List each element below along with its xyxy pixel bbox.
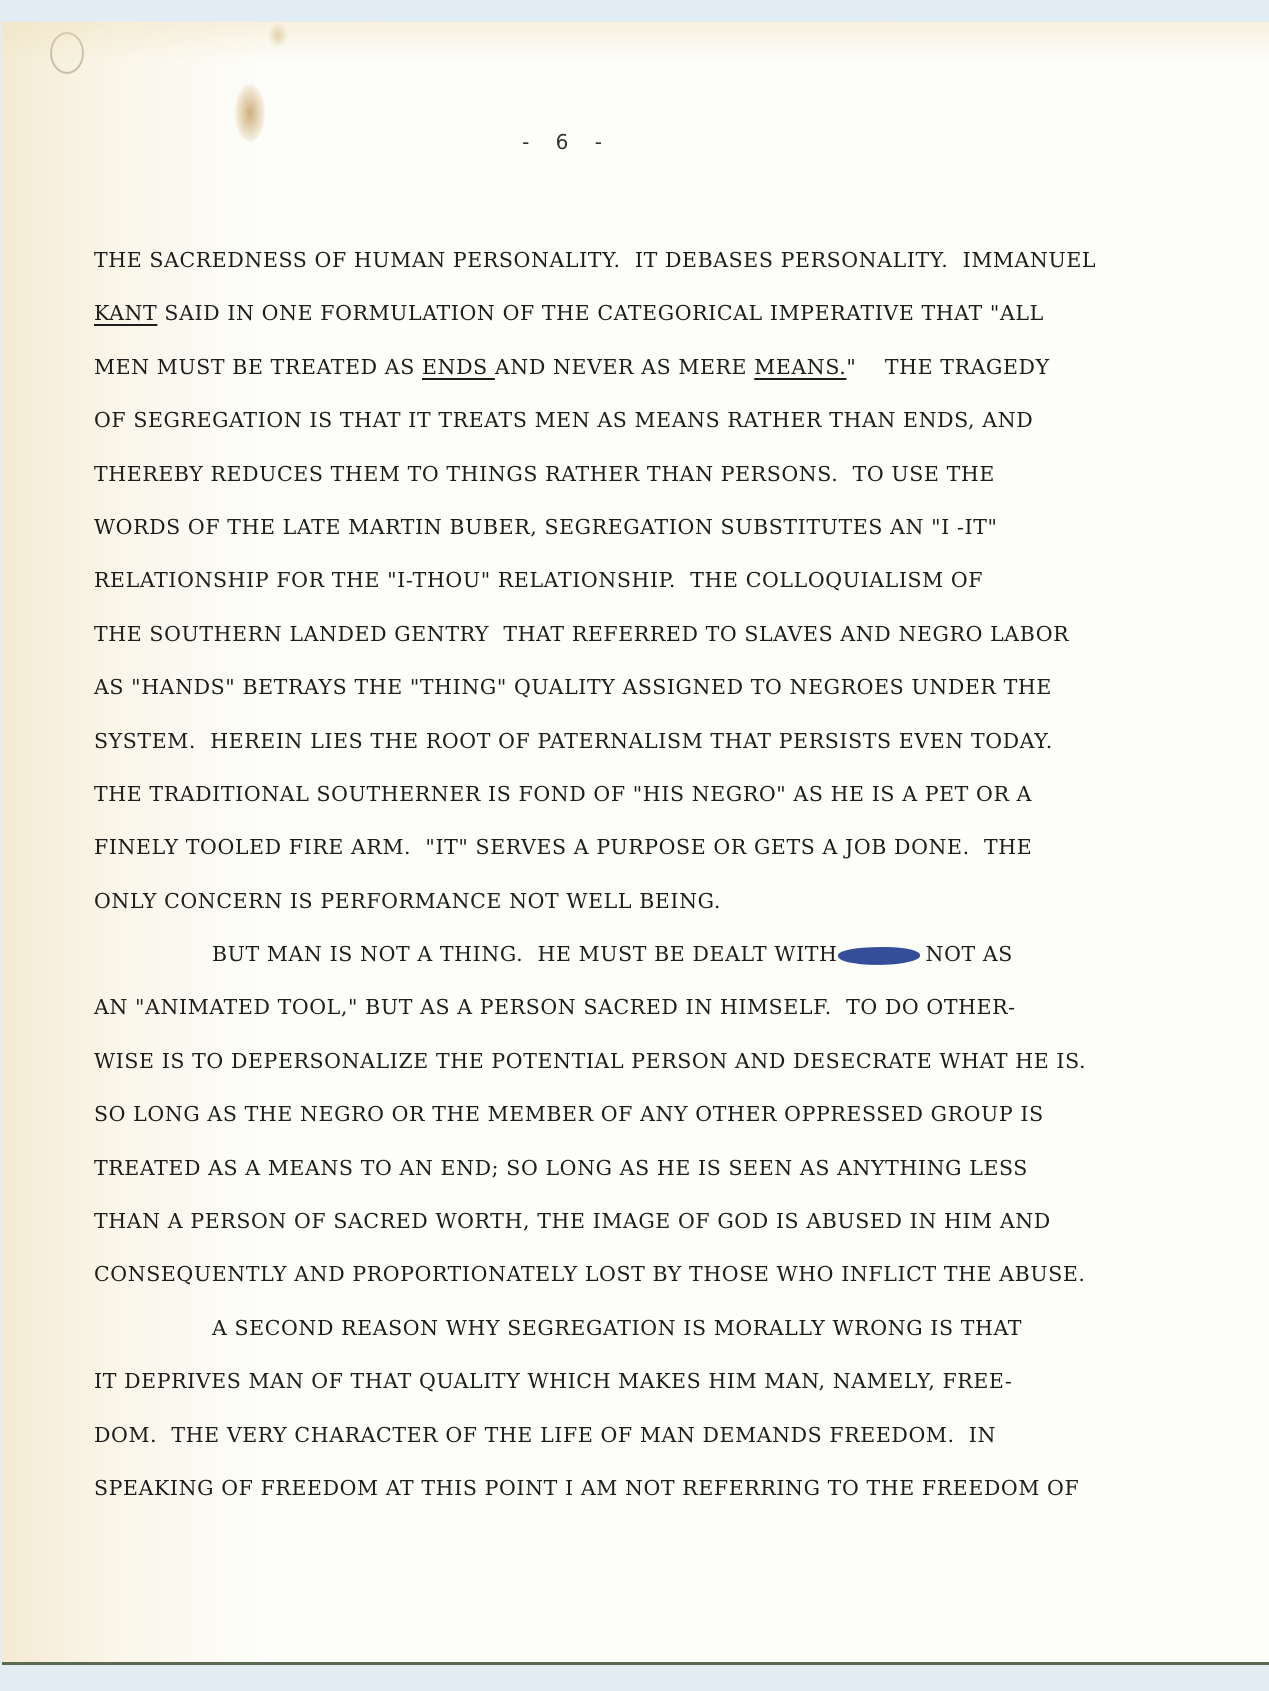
text-line: IT DEPRIVES MAN OF THAT QUALITY WHICH MA… (94, 1355, 1174, 1408)
text-segment: SYSTEM. HEREIN LIES THE ROOT OF PATERNAL… (94, 729, 1053, 753)
text-segment: THAN A PERSON OF SACRED WORTH, THE IMAGE… (94, 1209, 1051, 1233)
text-line: SPEAKING OF FREEDOM AT THIS POINT I AM N… (94, 1462, 1174, 1515)
text-segment: CONSEQUENTLY AND PROPORTIONATELY LOST BY… (94, 1262, 1086, 1286)
text-segment: MEN MUST BE TREATED AS (94, 355, 422, 379)
underlined-text: KANT (94, 301, 157, 325)
page-number: - 6 - (502, 130, 622, 154)
text-segment: RELATIONSHIP FOR THE "I-THOU" RELATIONSH… (94, 568, 983, 592)
text-segment: SO LONG AS THE NEGRO OR THE MEMBER OF AN… (94, 1102, 1044, 1126)
text-line: TREATED AS A MEANS TO AN END; SO LONG AS… (94, 1142, 1174, 1195)
text-line: WORDS OF THE LATE MARTIN BUBER, SEGREGAT… (94, 501, 1174, 554)
text-line: SO LONG AS THE NEGRO OR THE MEMBER OF AN… (94, 1088, 1174, 1141)
underlined-text: MEANS. (754, 355, 846, 379)
text-segment: NOT AS (926, 942, 1013, 966)
text-line: DOM. THE VERY CHARACTER OF THE LIFE OF M… (94, 1409, 1174, 1462)
text-segment: TREATED AS A MEANS TO AN END; SO LONG AS… (94, 1156, 1028, 1180)
text-line: A SECOND REASON WHY SEGREGATION IS MORAL… (94, 1302, 1174, 1355)
text-segment: OF SEGREGATION IS THAT IT TREATS MEN AS … (94, 408, 1033, 432)
text-line: THEREBY REDUCES THEM TO THINGS RATHER TH… (94, 448, 1174, 501)
text-line: BUT MAN IS NOT A THING. HE MUST BE DEALT… (94, 928, 1174, 981)
underlined-text: ENDS (422, 355, 495, 379)
text-segment: FINELY TOOLED FIRE ARM. "IT" SERVES A PU… (94, 835, 1032, 859)
text-segment: WORDS OF THE LATE MARTIN BUBER, SEGREGAT… (94, 515, 998, 539)
text-line: WISE IS TO DEPERSONALIZE THE POTENTIAL P… (94, 1035, 1174, 1088)
text-segment: THE SACREDNESS OF HUMAN PERSONALITY. IT … (94, 248, 1096, 272)
ring-stain (50, 32, 84, 74)
text-line: KANT SAID IN ONE FORMULATION OF THE CATE… (94, 287, 1174, 340)
text-segment: THE TRADITIONAL SOUTHERNER IS FOND OF "H… (94, 782, 1032, 806)
text-segment: WISE IS TO DEPERSONALIZE THE POTENTIAL P… (94, 1049, 1086, 1073)
coffee-stain (235, 84, 265, 142)
text-line: THE TRADITIONAL SOUTHERNER IS FOND OF "H… (94, 768, 1174, 821)
text-segment: BUT MAN IS NOT A THING. HE MUST BE DEALT… (212, 942, 838, 966)
text-line: AS "HANDS" BETRAYS THE "THING" QUALITY A… (94, 661, 1174, 714)
pen-strikeout-mark (837, 945, 920, 966)
text-segment: " THE TRAGEDY (846, 355, 1049, 379)
text-line: CONSEQUENTLY AND PROPORTIONATELY LOST BY… (94, 1248, 1174, 1301)
text-line: THE SOUTHERN LANDED GENTRY THAT REFERRED… (94, 608, 1174, 661)
text-line: OF SEGREGATION IS THAT IT TREATS MEN AS … (94, 394, 1174, 447)
text-segment: SAID IN ONE FORMULATION OF THE CATEGORIC… (157, 301, 1043, 325)
text-segment: AND NEVER AS MERE (495, 355, 754, 379)
typed-body-text: THE SACREDNESS OF HUMAN PERSONALITY. IT … (94, 234, 1174, 1515)
text-segment: SPEAKING OF FREEDOM AT THIS POINT I AM N… (94, 1476, 1079, 1500)
text-line: MEN MUST BE TREATED AS ENDS AND NEVER AS… (94, 341, 1174, 394)
text-segment: THE SOUTHERN LANDED GENTRY THAT REFERRED… (94, 622, 1069, 646)
text-segment: IT DEPRIVES MAN OF THAT QUALITY WHICH MA… (94, 1369, 1012, 1393)
text-line: ONLY CONCERN IS PERFORMANCE NOT WELL BEI… (94, 875, 1174, 928)
text-segment: THEREBY REDUCES THEM TO THINGS RATHER TH… (94, 462, 995, 486)
text-segment: AS "HANDS" BETRAYS THE "THING" QUALITY A… (94, 675, 1052, 699)
coffee-stain (268, 23, 288, 47)
text-line: THE SACREDNESS OF HUMAN PERSONALITY. IT … (94, 234, 1174, 287)
text-line: RELATIONSHIP FOR THE "I-THOU" RELATIONSH… (94, 554, 1174, 607)
text-line: THAN A PERSON OF SACRED WORTH, THE IMAGE… (94, 1195, 1174, 1248)
text-segment: DOM. THE VERY CHARACTER OF THE LIFE OF M… (94, 1423, 996, 1447)
text-segment: AN "ANIMATED TOOL," BUT AS A PERSON SACR… (94, 995, 1016, 1019)
text-segment: A SECOND REASON WHY SEGREGATION IS MORAL… (212, 1316, 1022, 1340)
text-line: AN "ANIMATED TOOL," BUT AS A PERSON SACR… (94, 981, 1174, 1034)
document-page: - 6 - THE SACREDNESS OF HUMAN PERSONALIT… (2, 22, 1269, 1662)
text-line: FINELY TOOLED FIRE ARM. "IT" SERVES A PU… (94, 821, 1174, 874)
text-segment: ONLY CONCERN IS PERFORMANCE NOT WELL BEI… (94, 889, 721, 913)
text-line: SYSTEM. HEREIN LIES THE ROOT OF PATERNAL… (94, 715, 1174, 768)
